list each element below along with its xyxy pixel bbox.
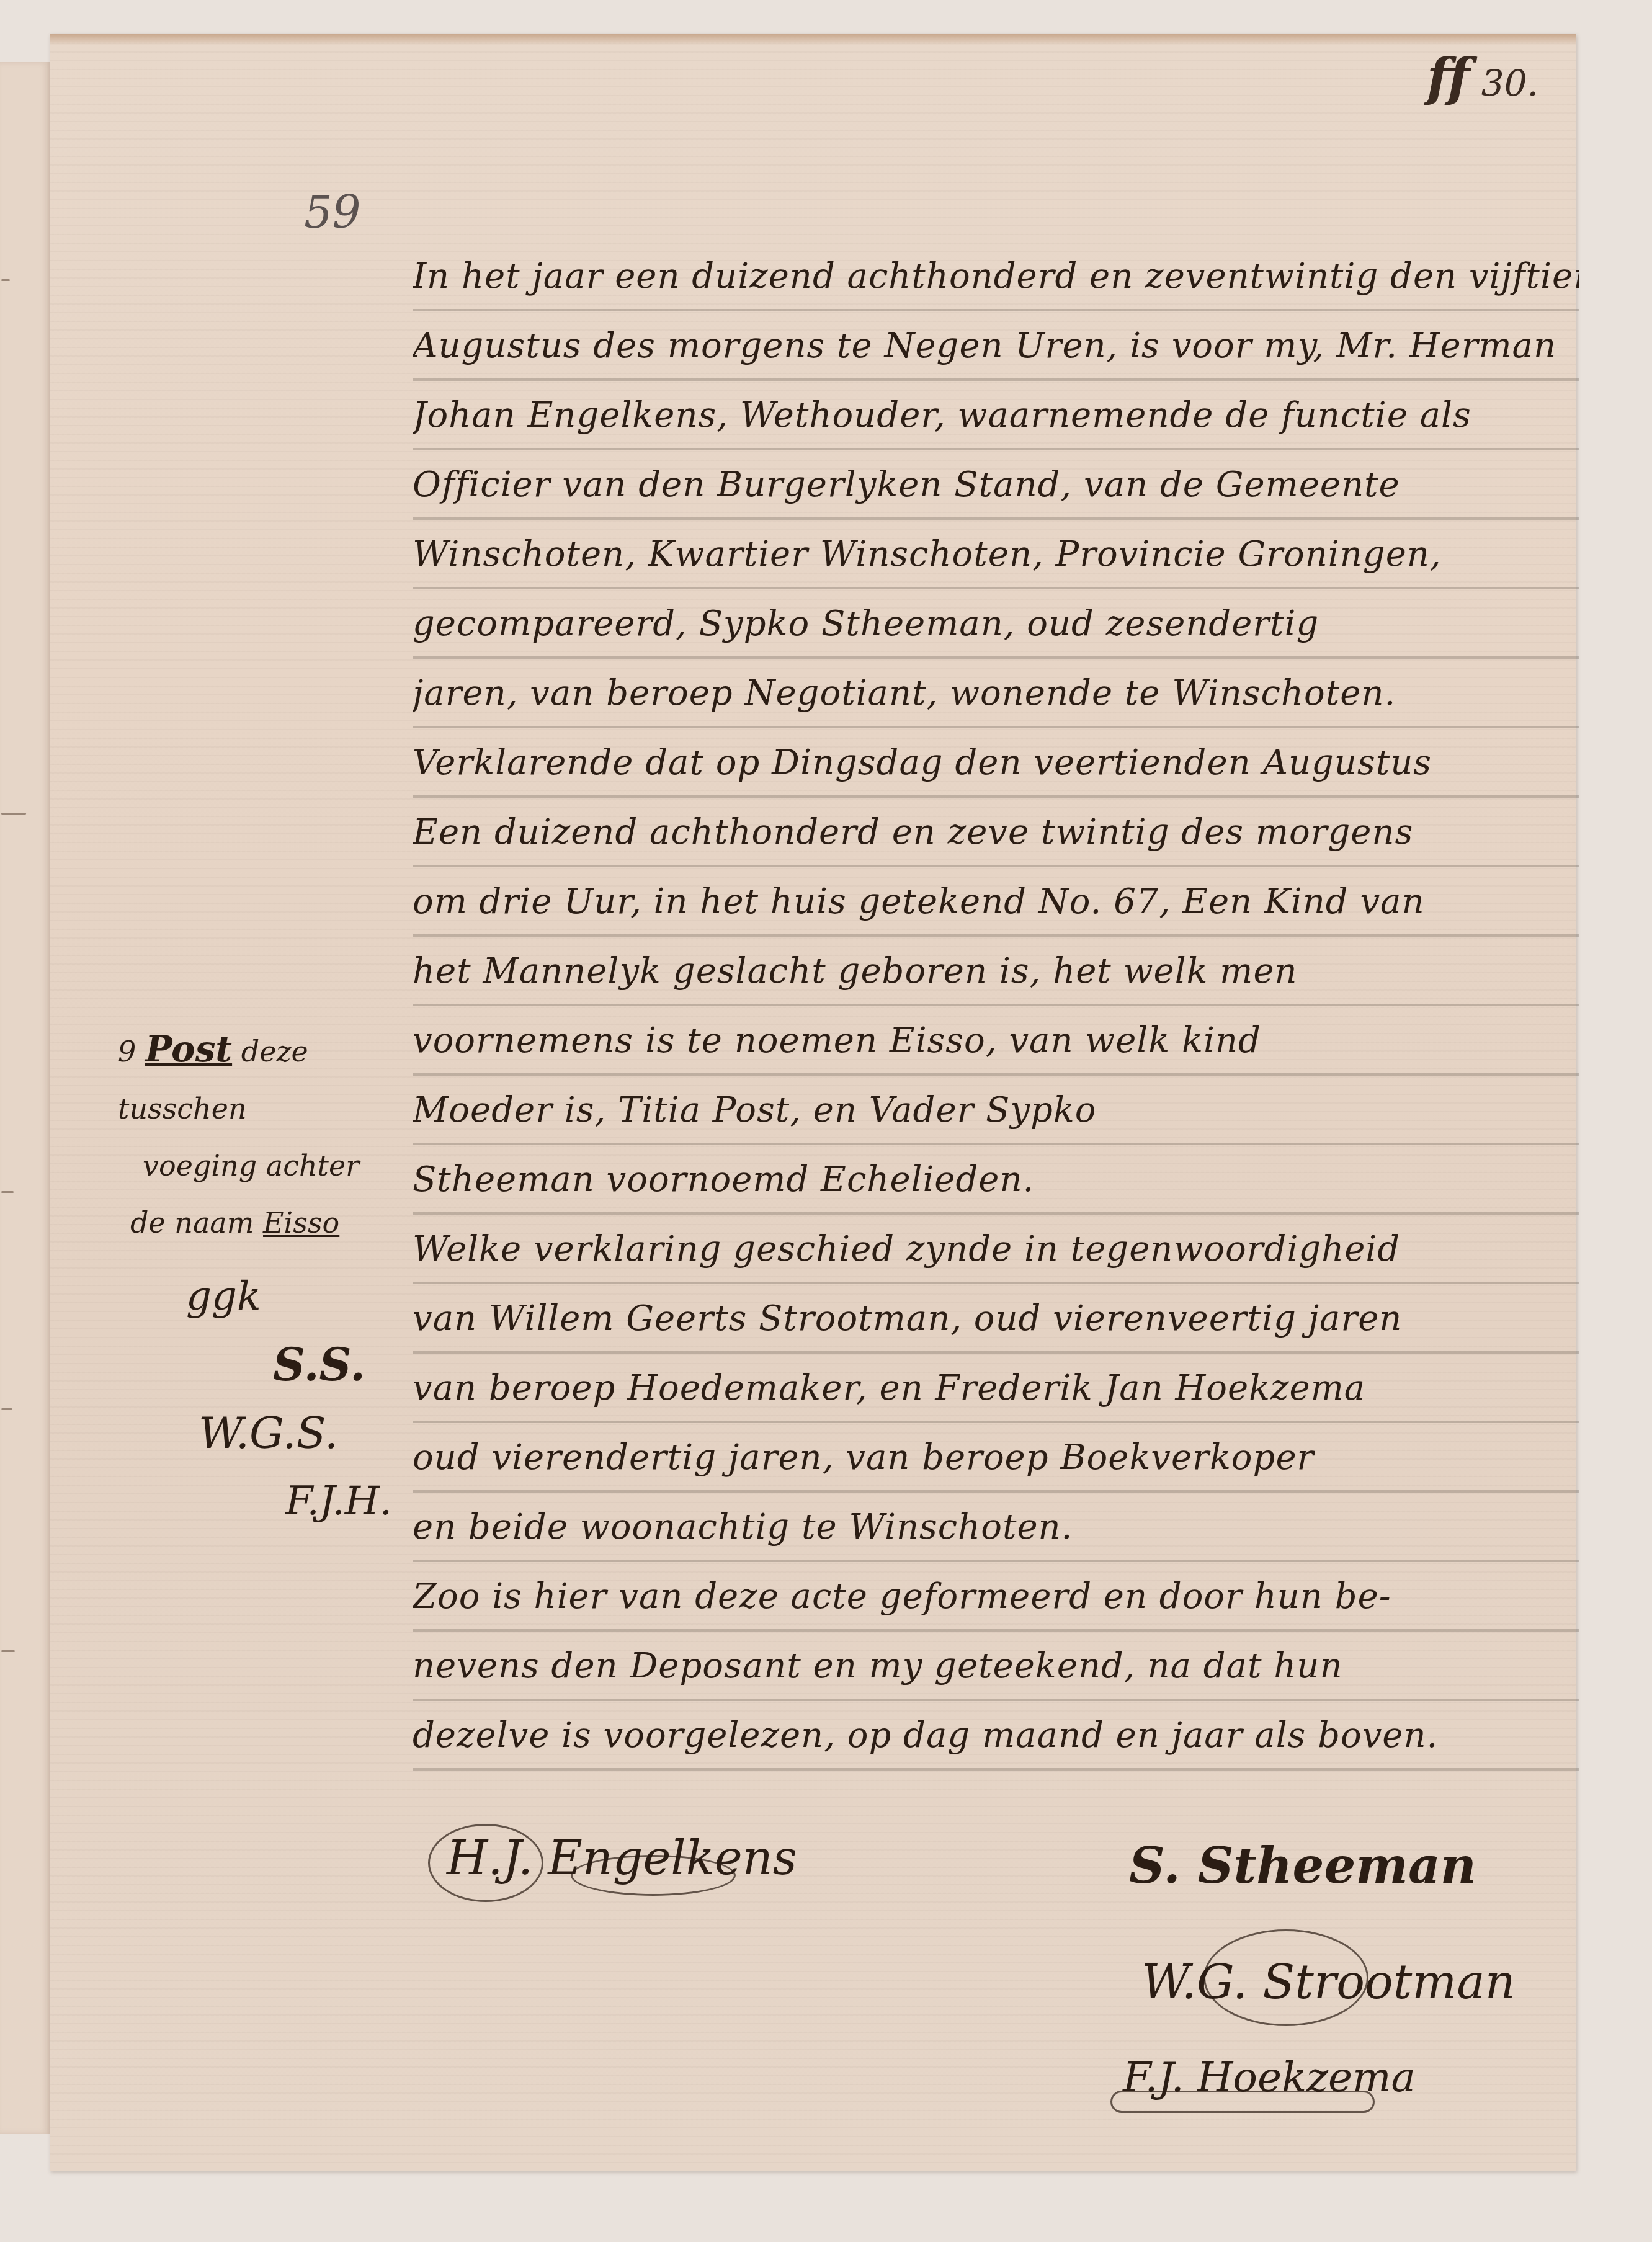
body-line: Winschoten, Kwartier Winschoten, Provinc… (413, 520, 1579, 589)
margin-note-word: Post (145, 1028, 232, 1070)
margin-note-word: Eisso (263, 1206, 339, 1239)
body-line: Moeder is, Titia Post, en Vader Sypko (413, 1076, 1579, 1145)
body-line: en beide woonachtig te Winschoten. (413, 1493, 1579, 1562)
body-line: voornemens is te noemen Eisso, van welk … (413, 1006, 1579, 1076)
adjacent-page-edge (0, 62, 51, 2134)
body-line: van beroep Hoedemaker, en Frederik Jan H… (413, 1354, 1579, 1423)
record-body: In het jaar een duizend achthonderd en z… (413, 242, 1579, 1771)
body-line: van Willem Geerts Strootman, oud vierenv… (413, 1284, 1579, 1354)
body-line: gecompareerd, Sypko Stheeman, oud zesend… (413, 589, 1579, 659)
record-number: 59 (304, 186, 361, 238)
margin-note-text: de naam (130, 1206, 254, 1239)
body-line: Augustus des morgens te Negen Uren, is v… (413, 311, 1579, 381)
margin-note-mark: 9 (118, 1035, 136, 1068)
document-sheet: ff 30. 59 In het jaar een duizend achtho… (50, 34, 1576, 2171)
body-line: Officier van den Burgerlyken Stand, van … (413, 450, 1579, 520)
body-line: het Mannelyk geslacht geboren is, het we… (413, 937, 1579, 1006)
body-line: dezelve is voorgelezen, op dag maand en … (413, 1701, 1579, 1771)
body-line: Zoo is hier van deze acte geformeerd en … (413, 1562, 1579, 1632)
margin-note-text: voeging achter (118, 1137, 440, 1194)
initials: W.G.S. (186, 1399, 447, 1467)
body-line: Een duizend achthonderd en zeve twintig … (413, 798, 1579, 867)
body-line: Stheeman voornoemd Echelieden. (413, 1145, 1579, 1215)
body-line: nevens den Deposant en my geteekend, na … (413, 1632, 1579, 1701)
body-line: Welke verklaring geschied zynde in tegen… (413, 1215, 1579, 1284)
body-line: In het jaar een duizend achthonderd en z… (413, 242, 1579, 311)
folio-mark: ff (1427, 47, 1470, 108)
initials: F.J.H. (186, 1467, 447, 1535)
paper-top-edge (50, 34, 1576, 45)
body-line: om drie Uur, in het huis getekend No. 67… (413, 867, 1579, 937)
body-line: Johan Engelkens, Wethouder, waarnemende … (413, 381, 1579, 450)
body-line: oud vierendertig jaren, van beroep Boekv… (413, 1423, 1579, 1493)
folio-page: 30. (1481, 62, 1538, 104)
body-line: Verklarende dat op Dingsdag den veertien… (413, 728, 1579, 798)
initials: ggk (186, 1262, 447, 1331)
initials: S.S. (186, 1331, 447, 1399)
margin-initials: ggk S.S. W.G.S. F.J.H. (186, 1262, 447, 1535)
body-line: jaren, van beroep Negotiant, wonende te … (413, 659, 1579, 728)
folio-number: ff 30. (1427, 47, 1538, 108)
margin-annotation: 9 Post deze tusschen voeging achter de n… (118, 1021, 440, 1251)
